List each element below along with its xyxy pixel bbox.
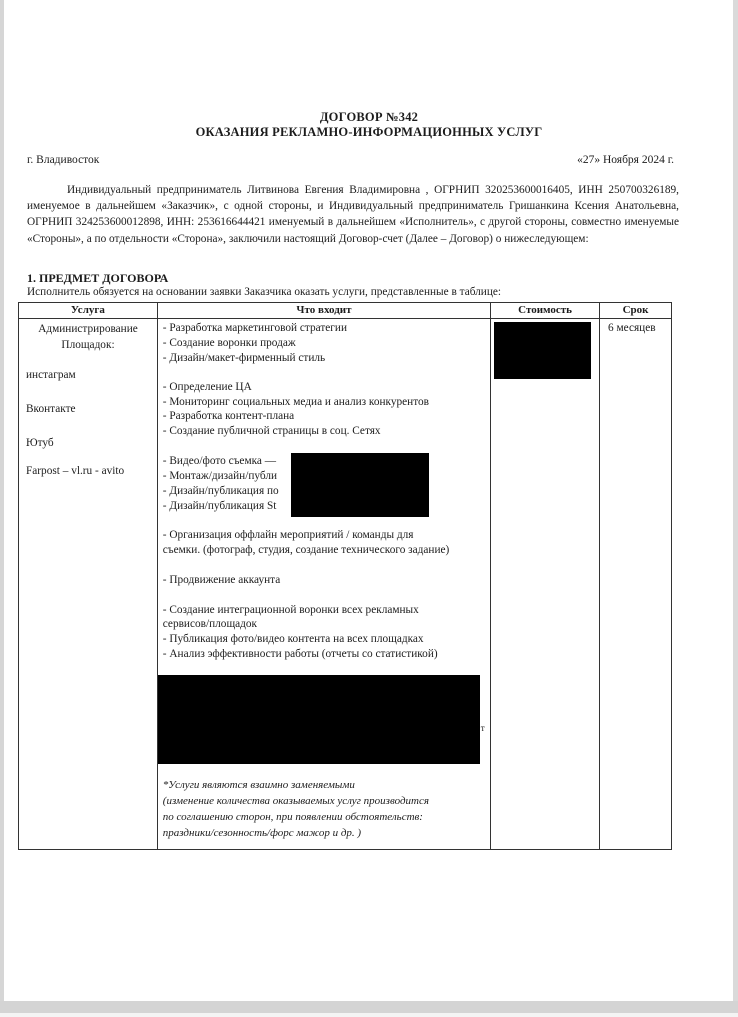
services-table: Услуга Что входит Стоимость Срок Админис…	[18, 302, 672, 850]
page-edge-left	[0, 0, 4, 1017]
include-item: - Определение ЦА	[163, 380, 252, 395]
page-edge-right	[733, 0, 738, 1017]
redacted-block	[291, 453, 429, 517]
include-item: - Продвижение аккаунта	[163, 573, 281, 588]
note-line: по соглашению сторон, при появлении обст…	[163, 810, 423, 825]
header-includes: Что входит	[157, 303, 490, 319]
include-item: - Дизайн/публикация по	[163, 484, 279, 499]
include-item: - Организация оффлайн мероприятий / кома…	[163, 528, 414, 543]
contract-subtitle: ОКАЗАНИЯ РЕКЛАМНО-ИНФОРМАЦИОННЫХ УСЛУГ	[0, 125, 738, 140]
include-item: - Дизайн/публикация St	[163, 499, 277, 514]
note-line: праздники/сезонность/форс мажор и др. )	[163, 826, 361, 841]
section-1-title: 1. ПРЕДМЕТ ДОГОВОРА	[27, 271, 168, 286]
service-cell: Администрирование Площадок: инстаграм Вк…	[19, 319, 158, 850]
note-line: (изменение количества оказываемых услуг …	[163, 794, 429, 809]
redacted-cost	[494, 322, 591, 379]
term-cell: 6 месяцев	[600, 319, 672, 850]
section-1-text: Исполнитель обязуется на основании заявк…	[27, 286, 501, 298]
platform-instagram: инстаграм	[26, 368, 76, 383]
preamble-text: Индивидуальный предприниматель Литвинова…	[27, 184, 679, 245]
cost-cell	[491, 319, 600, 850]
include-item: - Мониторинг социальных медиа и анализ к…	[163, 395, 429, 410]
contract-date: «27» Ноября 2024 г.	[577, 154, 674, 166]
include-item: сервисов/площадок	[163, 617, 257, 632]
page-edge-bottom-shadow	[0, 1013, 738, 1017]
platform-farpost: Farpost – vl.ru - avito	[26, 464, 124, 479]
include-item: - Разработка контент-плана	[163, 409, 294, 424]
platform-youtube: Ютуб	[26, 436, 54, 451]
redacted-block	[158, 675, 480, 764]
include-item: - Публикация фото/видео контента на всех…	[163, 632, 424, 647]
platform-vkontakte: Вконтакте	[26, 402, 76, 417]
contract-title: ДОГОВОР №342	[0, 110, 738, 125]
note-line: *Услуги являются взаимно заменяемыми	[163, 778, 355, 793]
header-service: Услуга	[19, 303, 158, 319]
stray-character: т	[481, 721, 485, 736]
include-item: - Создание интеграционной воронки всех р…	[163, 603, 419, 618]
include-item: - Видео/фото съемка —	[163, 454, 276, 469]
header-term: Срок	[600, 303, 672, 319]
include-item: - Анализ эффективности работы (отчеты со…	[163, 647, 438, 662]
include-item: - Создание воронки продаж	[163, 336, 296, 351]
term-value: 6 месяцев	[600, 319, 671, 336]
includes-cell: - Разработка маркетинговой стратегии - С…	[157, 319, 490, 850]
service-subtitle: Площадок:	[26, 338, 150, 353]
include-item: - Создание публичной страницы в соц. Сет…	[163, 424, 381, 439]
include-item: - Монтаж/дизайн/публи	[163, 469, 277, 484]
city: г. Владивосток	[27, 154, 99, 166]
include-item: съемки. (фотограф, студия, создание техн…	[163, 543, 450, 558]
header-cost: Стоимость	[491, 303, 600, 319]
service-title: Администрирование	[26, 322, 150, 337]
preamble: Индивидуальный предприниматель Литвинова…	[27, 182, 679, 247]
include-item: - Дизайн/макет-фирменный стиль	[163, 351, 325, 366]
page-edge-bottom	[0, 1001, 738, 1013]
include-item: - Разработка маркетинговой стратегии	[163, 321, 347, 336]
table-header-row: Услуга Что входит Стоимость Срок	[19, 303, 672, 319]
table-row: Администрирование Площадок: инстаграм Вк…	[19, 319, 672, 850]
